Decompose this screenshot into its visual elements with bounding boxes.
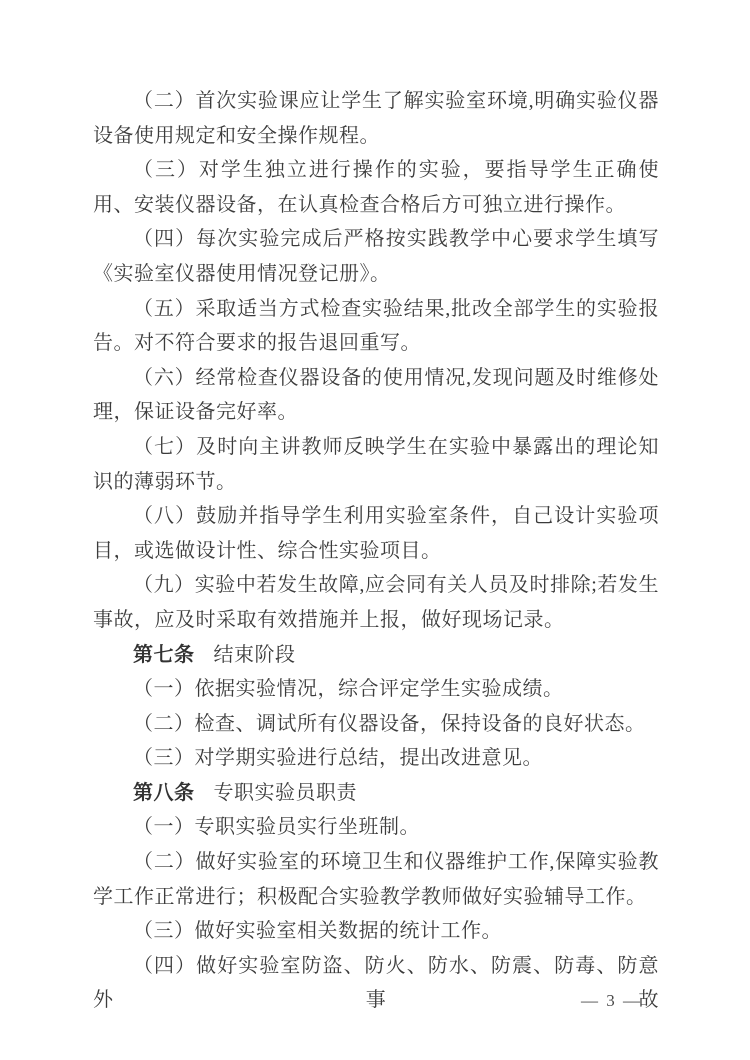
list-item: （八）鼓励并指导学生利用实验室条件，自己设计实验项目，或选做设计性、综合性实验项…	[93, 499, 659, 568]
list-item: （三）对学生独立进行操作的实验，要指导学生正确使用、安装仪器设备，在认真检查合格…	[93, 153, 659, 222]
page-number: — 3 —	[581, 991, 642, 1011]
article-heading: 第八条专职实验员职责	[93, 776, 659, 811]
document-body: （二）首次实验课应让学生了解实验室环境,明确实验仪器设备使用规定和安全操作规程。…	[93, 84, 659, 1018]
article-title: 结束阶段	[214, 644, 296, 666]
article-number: 第七条	[133, 644, 195, 666]
document-page: （二）首次实验课应让学生了解实验室环境,明确实验仪器设备使用规定和安全操作规程。…	[0, 0, 750, 1060]
list-item: （二）首次实验课应让学生了解实验室环境,明确实验仪器设备使用规定和安全操作规程。	[93, 84, 659, 153]
list-item: （二）做好实验室的环境卫生和仪器维护工作,保障实验教学工作正常进行；积极配合实验…	[93, 845, 659, 914]
list-item: （五）采取适当方式检查实验结果,批改全部学生的实验报告。对不符合要求的报告退回重…	[93, 292, 659, 361]
list-item: （九）实验中若发生故障,应会同有关人员及时排除;若发生事故，应及时采取有效措施并…	[93, 568, 659, 637]
list-item: （七）及时向主讲教师反映学生在实验中暴露出的理论知识的薄弱环节。	[93, 430, 659, 499]
article-title: 专职实验员职责	[214, 782, 358, 804]
article-number: 第八条	[133, 782, 195, 804]
list-item: （六）经常检查仪器设备的使用情况,发现问题及时维修处理，保证设备完好率。	[93, 361, 659, 430]
list-item: （四）做好实验室防盗、防火、防水、防震、防毒、防意外事故	[93, 949, 659, 1018]
article-heading: 第七条结束阶段	[93, 638, 659, 673]
list-item: （二）检查、调试所有仪器设备，保持设备的良好状态。	[93, 707, 659, 742]
list-item: （三）对学期实验进行总结，提出改进意见。	[93, 741, 659, 776]
list-item: （一）依据实验情况，综合评定学生实验成绩。	[93, 672, 659, 707]
list-item: （四）每次实验完成后严格按实践教学中心要求学生填写《实验室仪器使用情况登记册》。	[93, 222, 659, 291]
list-item: （一）专职实验员实行坐班制。	[93, 810, 659, 845]
list-item: （三）做好实验室相关数据的统计工作。	[93, 914, 659, 949]
